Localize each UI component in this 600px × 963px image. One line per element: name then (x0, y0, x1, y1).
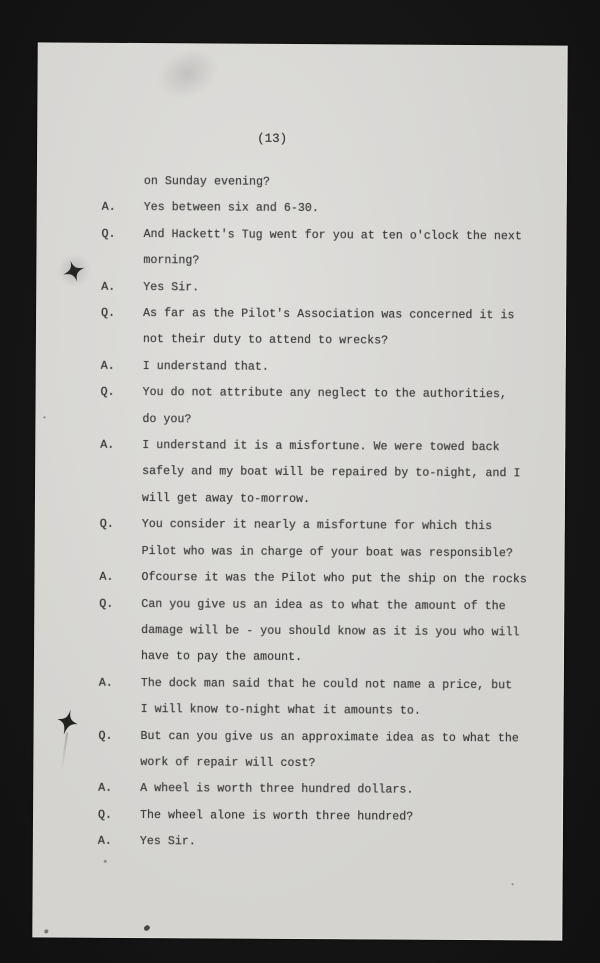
transcript-line: Q. As far as the Pilot's Association was… (36, 306, 566, 336)
transcript: on Sunday evening? A. Yes between six an… (33, 174, 567, 864)
speaker-label: Q. (101, 307, 115, 320)
line-text: You do not attribute any neglect to the … (143, 386, 507, 401)
speaker-label: Q. (102, 228, 116, 241)
transcript-line: Q. The wheel alone is worth three hundre… (33, 808, 563, 838)
line-text: But can you give us an approximate idea … (140, 730, 518, 745)
line-text: I will know to-night what it amounts to. (141, 703, 421, 718)
transcript-line: Q. You do not attribute any neglect to t… (35, 386, 565, 416)
transcript-line: Q. Can you give us an idea as to what th… (34, 597, 564, 627)
line-text: Can you give us an idea as to what the a… (141, 598, 505, 613)
transcript-line: morning? (36, 254, 566, 284)
speaker-label: A. (100, 439, 114, 452)
transcript-line: will get away to-morrow. (35, 491, 565, 521)
speaker-label: A. (101, 360, 115, 373)
transcript-line: safely and my boat will be repaired by t… (35, 465, 565, 495)
scan-background: (13) on Sunday evening? A. Yes between s… (0, 0, 600, 963)
line-text: Yes between six and 6-30. (144, 201, 319, 215)
transcript-line: damage will be - you should know as it i… (34, 623, 564, 653)
transcript-line: A. Yes between six and 6-30. (37, 201, 567, 231)
transcript-line: Q. And Hackett's Tug went for you at ten… (36, 227, 566, 257)
line-text: Ofcourse it was the Pilot who put the sh… (141, 571, 526, 586)
paper-speck (104, 860, 107, 863)
transcript-line: work of repair will cost? (33, 755, 563, 785)
line-text: will get away to-morrow. (142, 492, 310, 506)
speaker-label: A. (99, 676, 113, 689)
line-text: not their duty to attend to wrecks? (143, 333, 388, 347)
line-text: The wheel alone is worth three hundred? (140, 809, 413, 824)
transcript-line: Q. But can you give us an approximate id… (33, 729, 563, 759)
line-text: You consider it nearly a misfortune for … (142, 518, 492, 533)
paper-speck (143, 924, 151, 932)
line-text: Yes Sir. (140, 835, 196, 848)
line-text: A wheel is worth three hundred dollars. (140, 782, 413, 797)
line-text: The dock man said that he could not name… (141, 677, 512, 692)
transcript-line: on Sunday evening? (37, 174, 567, 204)
line-text: As far as the Pilot's Association was co… (143, 307, 514, 322)
line-text: And Hackett's Tug went for you at ten o'… (144, 228, 522, 243)
transcript-line: A. Yes Sir. (36, 280, 566, 310)
transcript-line: not their duty to attend to wrecks? (36, 333, 566, 363)
speaker-label: A. (98, 782, 112, 795)
transcript-line: Pilot who was in charge of your boat was… (35, 544, 565, 574)
speaker-label: Q. (100, 518, 114, 531)
speaker-label: Q. (101, 386, 115, 399)
line-text: morning? (143, 254, 199, 267)
paper-speck (44, 929, 48, 933)
line-text: Yes Sir. (143, 281, 199, 294)
transcript-line: A. Ofcourse it was the Pilot who put the… (34, 570, 564, 600)
transcript-line: do you? (35, 412, 565, 442)
line-text: safely and my boat will be repaired by t… (142, 466, 520, 481)
line-text: have to pay the amount. (141, 650, 302, 664)
speaker-label: A. (98, 835, 112, 848)
paper-speck (512, 883, 514, 885)
transcript-line: A. Yes Sir. (33, 835, 563, 865)
transcript-line: A. I understand it is a misfortune. We w… (35, 438, 565, 468)
speaker-label: Q. (99, 597, 113, 610)
line-text: do you? (142, 413, 191, 426)
transcript-line: I will know to-night what it amounts to. (34, 703, 564, 733)
transcript-line: A. A wheel is worth three hundred dollar… (33, 782, 563, 812)
speaker-label: A. (99, 571, 113, 584)
line-text: on Sunday evening? (144, 175, 270, 189)
line-text: damage will be - you should know as it i… (141, 624, 519, 639)
page-number: (13) (257, 132, 287, 146)
transcript-line: A. The dock man said that he could not n… (34, 676, 564, 706)
line-text: I understand that. (143, 360, 269, 374)
document-page: (13) on Sunday evening? A. Yes between s… (32, 42, 567, 940)
speaker-label: Q. (98, 809, 112, 822)
speaker-label: A. (102, 201, 116, 214)
speaker-label: A. (101, 280, 115, 293)
transcript-line: have to pay the amount. (34, 650, 564, 680)
line-text: Pilot who was in charge of your boat was… (142, 545, 513, 560)
paper-smudge (148, 38, 226, 108)
line-text: I understand it is a misfortune. We were… (142, 439, 499, 454)
line-text: work of repair will cost? (140, 756, 315, 770)
transcript-line: A. I understand that. (36, 359, 566, 389)
speaker-label: Q. (98, 729, 112, 742)
transcript-line: Q. You consider it nearly a misfortune f… (35, 518, 565, 548)
